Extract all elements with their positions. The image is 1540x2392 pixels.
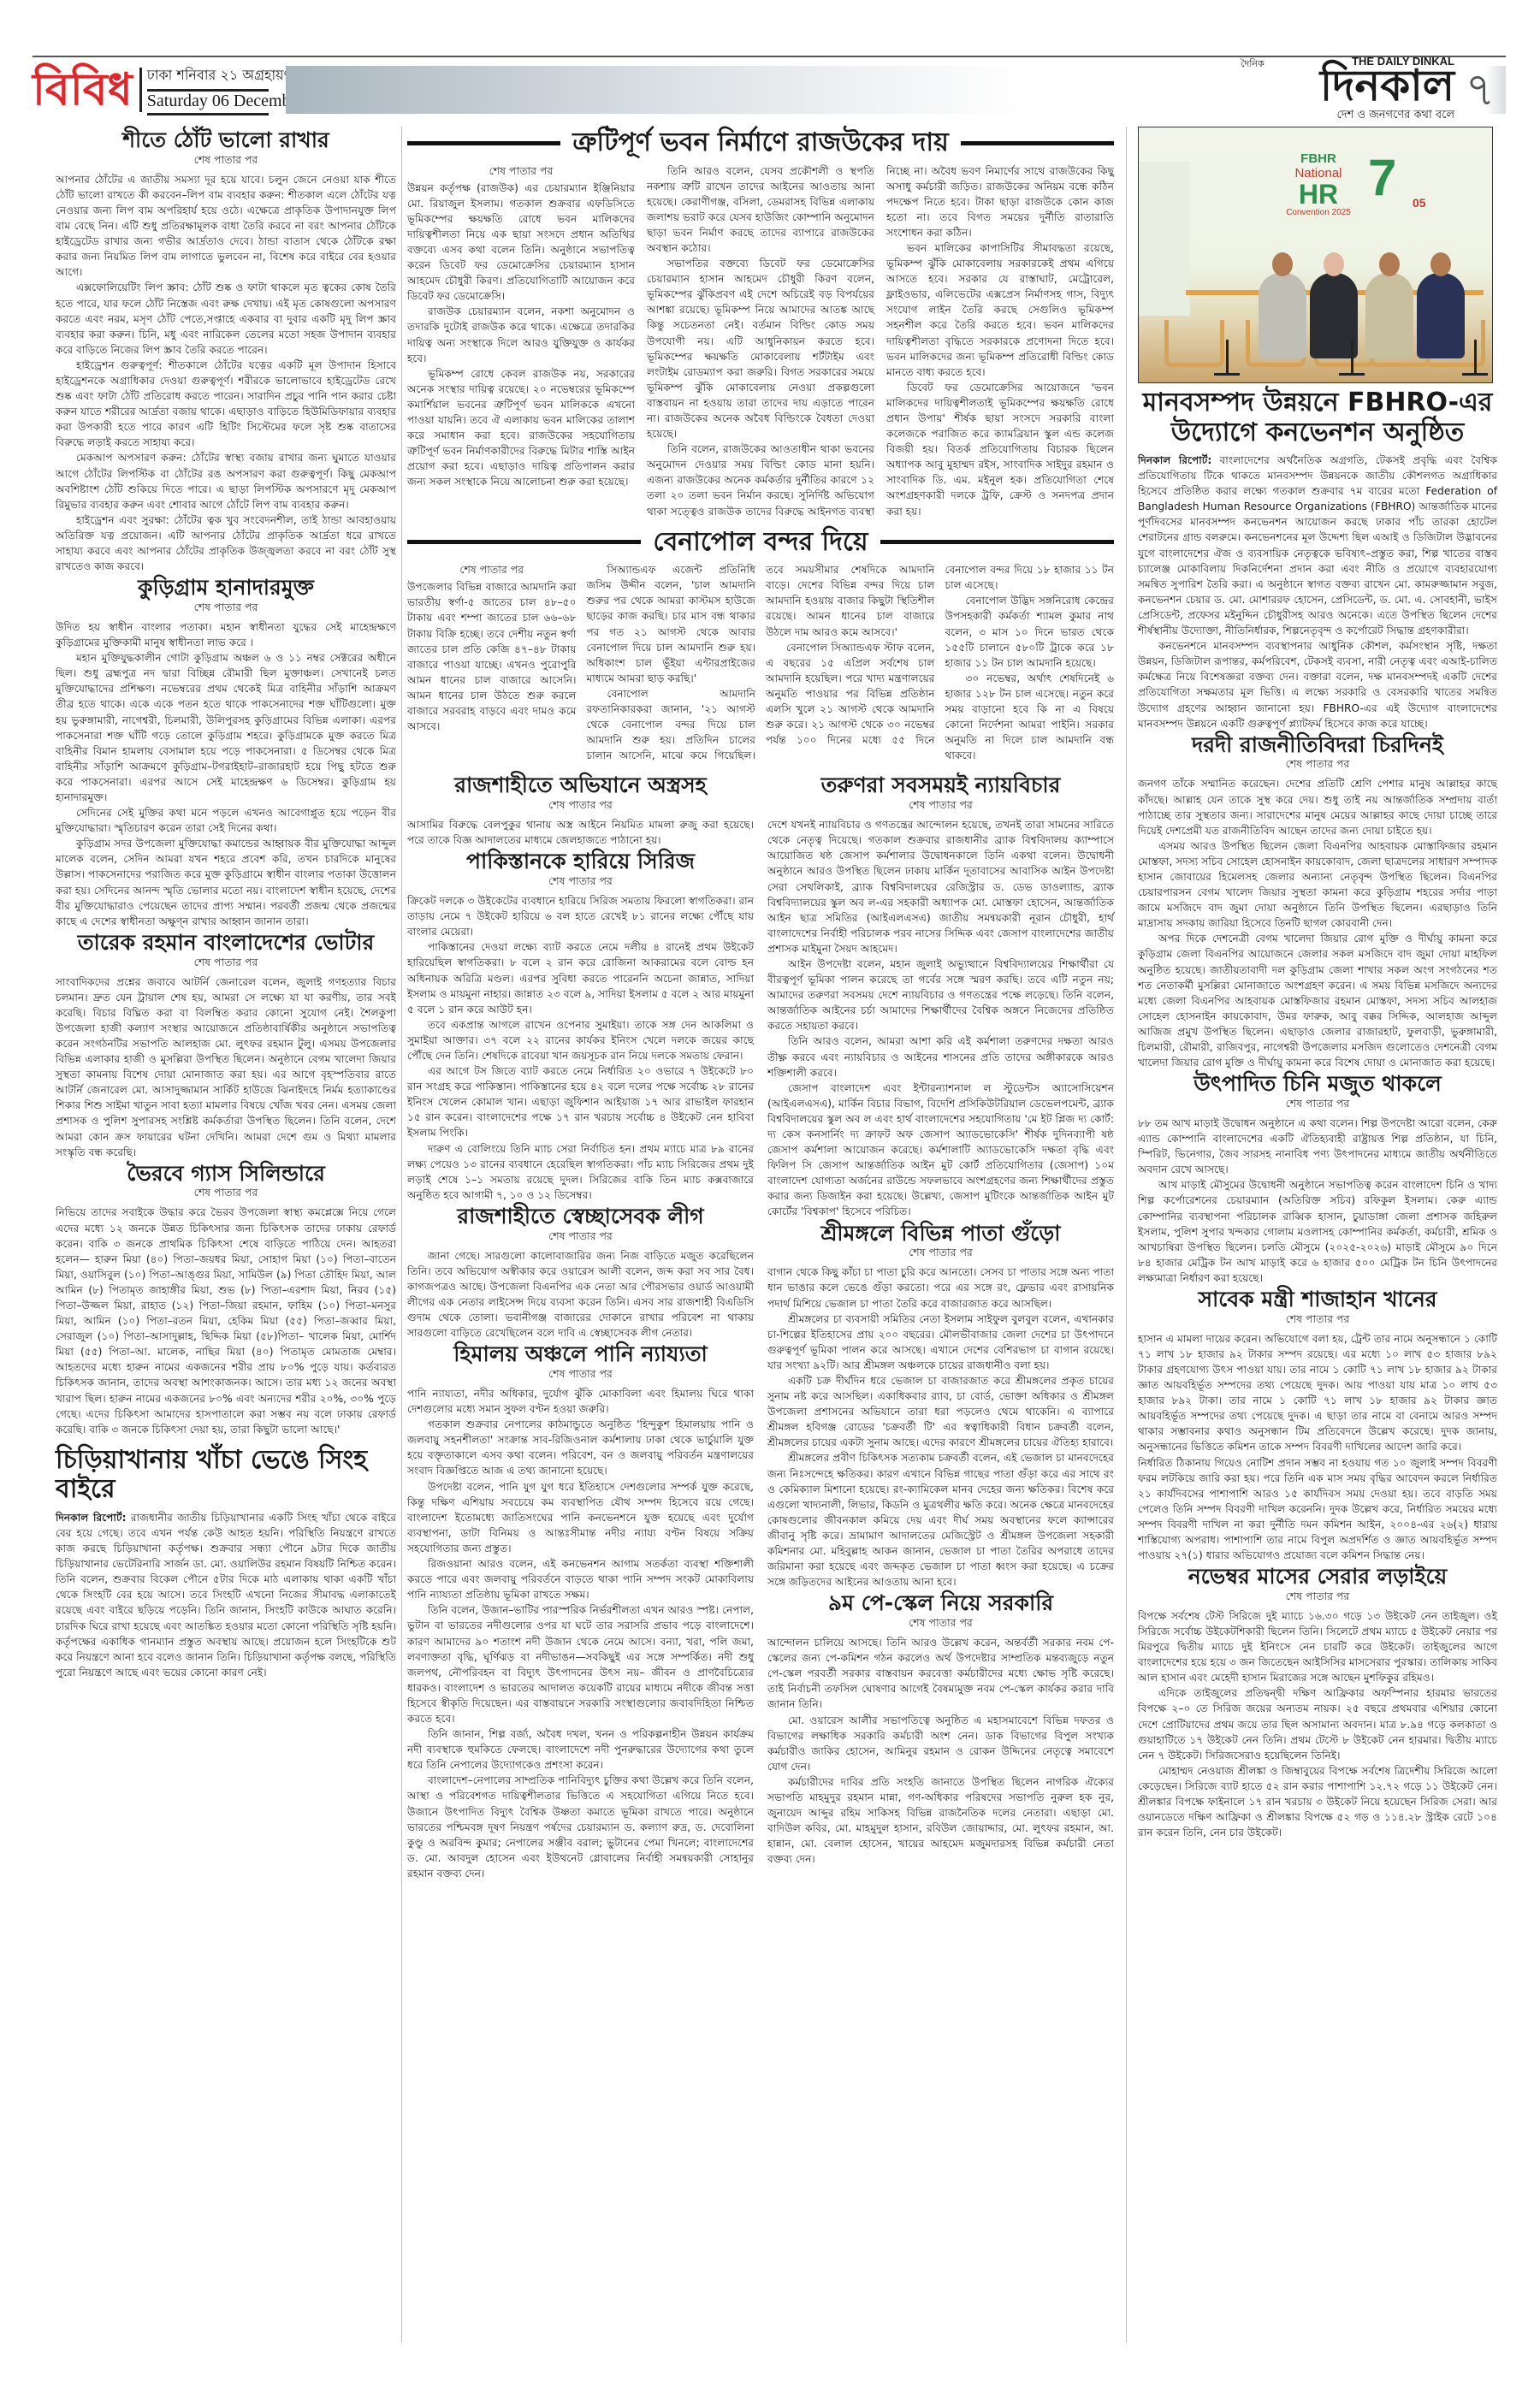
headline[interactable]: শ্রীমঙ্গলে বিভিন্ন পাতা গুঁড়ো [767,1222,1114,1246]
banner-line: Convention 2025 [1267,208,1370,217]
continued-label: শেষ পাতার পর [767,798,1114,815]
paragraph: পাকিস্তানের দেওয়া লক্ষ্যে ব্যাট করতে নে… [407,939,754,1016]
article-zoo: চিড়িয়াখানায় খাঁচা ভেঙে সিংহ বাইরে দিন… [56,1446,396,1680]
convention-banner: FBHR National HR Convention 2025 [1267,151,1370,217]
paragraph: হাইড্রেশন এবং সুরক্ষা: ঠোঁটের ত্বক খুব স… [56,512,396,574]
paragraph: গতকাল শুক্রবার নেপালের কাঠমান্ডুতে অনুষ্… [407,1417,754,1478]
continued-label: শেষ পাতার পর [407,874,754,891]
article-body: জানা গেছে। সারগুলো কালোবাজারির জন্য নিজ … [407,1248,754,1341]
lower-middle-right: তরুণরা সবসময়ই ন্যায়বিচার শেষ পাতার পর … [767,772,1114,1881]
speaker [1259,273,1306,358]
article-fbhro: মানবসম্পদ উন্নয়নে FBHRO-এর উদ্যোগে কনভে… [1138,388,1497,731]
article-benapole: বেনাপোল বন্দর দিয়ে শেষ পাতার পর উপজেলার… [407,528,1114,764]
paragraph: মহান মুক্তিযুদ্ধকালীন গোটা কুড়িগ্রাম অঞ… [56,650,396,805]
paragraph-text: বাংলাদেশের অর্থনৈতিক অগ্রগতি, টেকসই প্রব… [1138,454,1497,636]
paragraph: একটি চক্র দীর্ঘদিন ধরে ভেজাল চা বাজারজাত… [767,1373,1114,1450]
paragraph: নিভিয়ে তাদের সবাইকে উদ্ধার করে ভৈরব উপজ… [56,1205,396,1436]
speaker [1365,273,1413,358]
headline[interactable]: হিমালয় অঞ্চলে পানি ন্যায্যতা [407,1342,754,1367]
article-body: উদিত হয় স্বাধীন বাংলার পতাকা। মহান স্বা… [56,619,396,929]
headline[interactable]: রাজশাহীতে স্বেচ্ছাসেবক লীগ [407,1205,754,1229]
logo-prefix: দৈনিক [1241,56,1265,73]
headline[interactable]: পাকিস্তানকে হারিয়ে সিরিজ [407,850,754,874]
paragraph: অপর দিকে দেশনেত্রী বেগম খালেদা জিয়ার রো… [1138,931,1497,1070]
article-shajahan: সাবেক মন্ত্রী শাজাহান খানের শেষ পাতার পর… [1138,1288,1497,1563]
paragraph: রাজউক চেয়ারম্যান বলেন, নকশা অনুমোদন ও ত… [407,304,635,365]
headline[interactable]: বেনাপোল বন্দর দিয়ে [407,528,1114,558]
paragraph: মোহাম্মদ নেওয়াজ শ্রীলঙ্কা ও জিম্বাবুয়ে… [1138,1763,1497,1840]
paragraph: তিনি আরও বলেন, যেসব প্রকৌশলী ও স্থপতি নক… [647,163,874,257]
date-block: ঢাকা শনিবার ২১ অগ্রহায়ণ ১৪৩২ Saturday 0… [142,64,269,115]
continued-label: শেষ পাতার পর [407,798,754,815]
paragraph: আন্দোলন চালিয়ে আসছে। তিনি আরও উল্লেখ কর… [767,1635,1114,1712]
banner-brand: FBHR [1267,151,1370,166]
headline[interactable]: ৯ম পে-স্কেল নিয়ে সরকারি [767,1591,1114,1616]
logo-name: দিনকাল [1320,64,1454,107]
article-body: দিনকাল রিপোর্ট: বাংলাদেশের অর্থনৈতিক অগ্… [1138,453,1497,731]
side-banner [1139,162,1190,316]
paragraph: বিপক্ষে সর্বশেষ টেস্ট সিরিজে দুই ম্যাচে … [1138,1608,1497,1685]
continued-label: শেষ পাতার পর [56,601,396,618]
paragraph: তবে একপ্রান্ত আগলে রাখেন ওপেনার সুমাইয়া… [407,1017,754,1063]
date-english: Saturday 06 December 2025 [147,92,269,115]
chair [1164,320,1224,367]
article-body: হাসান এ মামলা দায়ের করেন। অভিযোগে বলা হ… [1138,1331,1497,1563]
paragraph: শ্রীমঙ্গলের চা ব্যবসায়ী সমিতির নেতা ইসল… [767,1311,1114,1373]
paragraph: জেসাপ বাংলাদেশ এবং ইন্টারন্যাশনাল ল স্টু… [767,1081,1114,1220]
paragraph: তিনি বলেন, উজান–ভাটির পারস্পরিক নির্ভরশী… [407,1602,754,1726]
headline[interactable]: তরুণরা সবসময়ই ন্যায়বিচার [767,773,1114,798]
continued-label: শেষ পাতার পর [56,956,396,973]
continued-label: শেষ পাতার পর [56,1186,396,1203]
continued-label: শেষ পাতার পর [407,163,635,179]
paragraph: বাগান থেকে কিছু কাঁচা চা পাতা চুরি করে আ… [767,1264,1114,1311]
paragraph: ৩০ নভেম্বর, অর্থাৎ শেষদিনেই ৬ হাজার ১২৮ … [945,671,1115,764]
article-himalaya: হিমালয় অঞ্চলে পানি ন্যায্যতা শেষ পাতার … [407,1342,754,1881]
continued-label: শেষ পাতার পর [1138,1590,1497,1607]
paragraph: কুড়িগ্রাম সদর উপজেলা মুক্তিযোদ্ধা কমান্… [56,836,396,929]
paragraph: ভবন মালিকের কাপাসিটির সীমাবদ্ধতা রয়েছে,… [886,240,1114,380]
continued-label: শেষ পাতার পর [407,1367,754,1384]
paragraph: জনগণ তাঁকে সম্মানিত করেছেন। দেশের প্রতিট… [1138,776,1497,838]
paragraph: সাংবাদিকদের প্রশ্নের জবাবে আটর্নি জেনারে… [56,974,396,1160]
continued-label: শেষ পাতার পর [767,1246,1114,1263]
article-body: শেষ পাতার পর উন্নয়ন কর্তৃপক্ষ (রাজউক) এ… [407,163,1114,519]
article-pakistan: পাকিস্তানকে হারিয়ে সিরিজ শেষ পাতার পর ক… [407,850,754,1203]
paragraph: সেদিনের সেই মুক্তির কথা মনে পড়লে এখনও আ… [56,805,396,836]
paragraph: ক্রিকেট দলকে ৩ উইকেটের ব্যবধানে হারিয়ে … [407,893,754,939]
article-lips: শীতে ঠোঁট ভালো রাখার শেষ পাতার পর আপনার … [56,128,396,574]
headline[interactable]: দরদী রাজনীতিবিদরা চিরদিনই [1138,733,1497,758]
paragraph: দিনকাল রিপোর্ট: বাংলাদেশের অর্থনৈতিক অগ্… [1138,453,1497,638]
article-rajshahi-arms: রাজশাহীতে অভিযানে অস্ত্রসহ শেষ পাতার পর … [407,773,754,848]
paragraph: পানি ন্যায্যতা, নদীর অধিকার, দুর্যোগ ঝুঁ… [407,1386,754,1417]
paragraph: উপদেষ্টা বলেন, পানি যুগ যুগ ধরে ইতিহাসে … [407,1479,754,1556]
paragraph: নির্ধারিত ঠিকানায় গিয়েও নোটিশ প্রদান স… [1138,1455,1497,1564]
continued-label: শেষ পাতার পর [767,1616,1114,1633]
banner-edition: 7 [1368,148,1396,207]
paragraph: শ্রীমঙ্গলের প্রবীণ চিকিৎসক সত্যকাম চক্রব… [767,1450,1114,1590]
paragraph: উদিত হয় স্বাধীন বাংলার পতাকা। মহান স্বা… [56,619,396,650]
headline[interactable]: কুড়িগ্রাম হানাদারমুক্ত [56,576,396,601]
headline[interactable]: নভেম্বর মাসের সেরার লড়াইয়ে [1138,1565,1497,1590]
lower-middle-left: রাজশাহীতে অভিযানে অস্ত্রসহ শেষ পাতার পর … [407,772,754,1881]
headline-text: ত্রুটিপূর্ণ ভবন নির্মাণে রাজউকের দায় [572,128,949,158]
headline[interactable]: শীতে ঠোঁট ভালো রাখার [56,128,396,153]
paragraph: রিজওয়ানা আরও বলেন, এই কনভেনশন আগাম সতর্… [407,1556,754,1602]
continued-label: শেষ পাতার পর [56,153,396,170]
headline[interactable]: রাজশাহীতে অভিযানে অস্ত্রসহ [407,773,754,798]
article-body: ক্রিকেট দলকে ৩ উইকেটের ব্যবধানে হারিয়ে … [407,893,754,1203]
continued-label: শেষ পাতার পর [1138,1312,1497,1329]
news-photo[interactable]: FBHR National HR Convention 2025 7 05 [1138,127,1493,383]
article-body: বাগান থেকে কিছু কাঁচা চা পাতা চুরি করে আ… [767,1264,1114,1590]
paragraph: এর আগে টস জিতে ব্যাট করতে নেমে নির্ধারিত… [407,1063,754,1140]
article-kurigram: কুড়িগ্রাম হানাদারমুক্ত শেষ পাতার পর উদি… [56,576,396,929]
article-rajuk: ত্রুটিপূর্ণ ভবন নির্মাণে রাজউকের দায় শে… [407,128,1114,519]
article-body: ৮৮ তম আখ মাড়াই উদ্বোধন অনুষ্ঠানে এ কথা … [1138,1116,1497,1286]
paragraph: মেকআপ অপসারণ করুন: ঠোঁটের স্বাস্থ্য বজায… [56,450,396,512]
paragraph: কনভেনশনে মানবসম্পদ ব্যবস্থাপনার আধুনিক ক… [1138,638,1497,731]
paragraph: আসামির বিরুদ্ধে বেলপুকুর থানায় অস্ত্র আ… [407,817,754,848]
article-pay-scale: ৯ম পে-স্কেল নিয়ে সরকারি শেষ পাতার পর আন… [767,1591,1114,1867]
article-body: নিভিয়ে তাদের সবাইকে উদ্ধার করে ভৈরব উপজ… [56,1205,396,1436]
side-table [1474,340,1477,376]
paragraph: ডিবেট ফর ডেমোক্রেসির আয়োজনে 'ভবন মালিকদ… [886,380,1114,519]
paragraph: এক্সফোলিয়েটিং লিপ স্ক্রাব: ঠোঁট শুষ্ক ও… [56,280,396,357]
paragraph: আখ মাড়াই মৌসুমের উদ্বোধনী অনুষ্ঠানে সভা… [1138,1177,1497,1286]
paragraph: ভূমিকম্প রোধে কেবল রাজউক নয়, সরকারের অন… [407,366,635,490]
paragraph: আইন উপদেষ্টা বলেন, মহান জুলাই অভ্যুত্থান… [767,956,1114,1033]
headline[interactable]: তারেক রহমান বাংলাদেশের ভোটার [56,931,396,956]
column-divider [401,127,402,2342]
side-table [1351,340,1353,376]
byline: দিনকাল রিপোর্ট: [56,1512,126,1524]
article-body: দিনকাল রিপোর্ট: রাজধানীর জাতীয় চিড়িয়া… [56,1510,396,1680]
header-gradient-bar [286,66,1215,114]
paragraph: কর্মচারীদের দাবির প্রতি সংহতি জানাতে উপস… [767,1774,1114,1868]
headline[interactable]: ত্রুটিপূর্ণ ভবন নির্মাণে রাজউকের দায় [407,128,1114,158]
banner-date: 05 [1413,196,1426,210]
article-volunteer-league: রাজশাহীতে স্বেচ্ছাসেবক লীগ শেষ পাতার পর … [407,1205,754,1341]
lower-middle: রাজশাহীতে অভিযানে অস্ত্রসহ শেষ পাতার পর … [407,772,1114,1881]
paragraph: বেনাপোল উদ্ভিদ সঙ্গনিরোধ কেন্দ্রের উপসহক… [945,593,1115,670]
paragraph: এদিকে তাইজুলের প্রতিদ্বন্দ্বী দক্ষিণ আফ্… [1138,1685,1497,1762]
article-bhairab: ভৈরবে গ্যাস সিলিন্ডারে শেষ পাতার পর নিভি… [56,1162,396,1437]
article-politicians: দরদী রাজনীতিবিদরা চিরদিনই শেষ পাতার পর জ… [1138,733,1497,1071]
section-title: বিবিধ [33,68,142,112]
paragraph: উন্নয়ন কর্তৃপক্ষ (রাজউক) এর চেয়ারম্যান… [407,181,635,305]
headline[interactable]: মানবসম্পদ উন্নয়নে FBHRO-এর উদ্যোগে কনভে… [1138,388,1497,447]
article-body: আন্দোলন চালিয়ে আসছে। তিনি আরও উল্লেখ কর… [767,1635,1114,1867]
paragraph: দেশে যখনই ন্যায়বিচার ও গণতন্ত্রের আন্দো… [767,817,1114,956]
article-body: আসামির বিরুদ্ধে বেলপুকুর থানায় অস্ত্র আ… [407,817,754,848]
headline[interactable]: সাবেক মন্ত্রী শাজাহান খানের [1138,1288,1497,1312]
paragraph: সিঅ্যান্ডএফ এজেন্ট প্রতিনিধি জসিম উদ্দীন… [587,562,756,686]
paragraph: হাসান এ মামলা দায়ের করেন। অভিযোগে বলা হ… [1138,1331,1497,1455]
headline[interactable]: উৎপাদিত চিনি মজুত থাকলে [1138,1072,1497,1097]
article-body: বিপক্ষে সর্বশেষ টেস্ট সিরিজে দুই ম্যাচে … [1138,1608,1497,1840]
article-body: পানি ন্যায্যতা, নদীর অধিকার, দুর্যোগ ঝুঁ… [407,1386,754,1881]
paragraph: ৮৮ তম আখ মাড়াই উদ্বোধন অনুষ্ঠানে এ কথা … [1138,1116,1497,1177]
paragraph: দিনকাল রিপোর্ট: রাজধানীর জাতীয় চিড়িয়া… [56,1510,396,1680]
paragraph: তিনি আরও বলেন, আমরা আশা করি এই কর্মশালা … [767,1033,1114,1080]
left-column: শীতে ঠোঁট ভালো রাখার শেষ পাতার পর আপনার … [56,127,396,1680]
byline: দিনকাল রিপোর্ট: [1138,454,1211,466]
article-sreemangal: শ্রীমঙ্গলে বিভিন্ন পাতা গুঁড়ো শেষ পাতার… [767,1222,1114,1590]
article-youth-justice: তরুণরা সবসময়ই ন্যায়বিচার শেষ পাতার পর … [767,773,1114,1219]
article-november: নভেম্বর মাসের সেরার লড়াইয়ে শেষ পাতার প… [1138,1565,1497,1840]
paragraph: উপজেলার বিভিন্ন বাজারে আমদানি করা ভারতীয… [407,579,577,734]
speaker [1417,273,1465,358]
continued-label: শেষ পাতার পর [1138,1097,1497,1114]
continued-label: শেষ পাতার পর [1138,757,1497,774]
date-bengali: ঢাকা শনিবার ২১ অগ্রহায়ণ ১৪৩২ [147,64,269,92]
right-column: FBHR National HR Convention 2025 7 05 মা… [1138,127,1497,1840]
logo-tagline: দেশ ও জনগণের কথা বলে [1337,107,1454,125]
paragraph: হাইড্রেশন গুরুত্বপূর্ণ: শীতকালে ঠোঁটের য… [56,358,396,451]
article-body: শেষ পাতার পর উপজেলার বিভিন্ন বাজারে আমদা… [407,562,1114,763]
paragraph: সভাপতির বক্তব্যে ডিবেট ফর ডেমোক্রেসির চে… [647,256,874,441]
column-divider [1126,127,1127,2342]
paragraph: এসময় আরও উপস্থিত ছিলেন জেলা বিএনপির আহব… [1138,838,1497,932]
paragraph: বাংলাদেশ–নেপালের সাম্প্রতিক পানিবিদ্যুৎ … [407,1773,754,1881]
middle-column: ত্রুটিপূর্ণ ভবন নির্মাণে রাজউকের দায় শে… [407,127,1114,1881]
paragraph: দারুণ এ বোলিংয়ে তিনি ম্যাচ সেরা নির্বাচ… [407,1141,754,1203]
paragraph: তিনি জানান, শিল্প বর্জ্য, অবৈধ দখল, খনন … [407,1726,754,1773]
banner-line: HR [1267,181,1370,208]
paragraph: আপনার ঠোঁটের এ জাতীয় সমস্যা দূর হয়ে যা… [56,172,396,281]
article-body: জনগণ তাঁকে সম্মানিত করেছেন। দেশের প্রতিট… [1138,776,1497,1070]
masthead: বিবিধ ঢাকা শনিবার ২১ অগ্রহায়ণ ১৪৩২ Satu… [33,62,1506,118]
headline[interactable]: ভৈরবে গ্যাস সিলিন্ডারে [56,1162,396,1187]
continued-label: শেষ পাতার পর [407,1229,754,1246]
headline-text: বেনাপোল বন্দর দিয়ে [653,528,868,558]
article-tarek: তারেক রহমান বাংলাদেশের ভোটার শেষ পাতার প… [56,931,396,1160]
article-body: আপনার ঠোঁটের এ জাতীয় সমস্যা দূর হয়ে যা… [56,172,396,574]
paragraph-text: রাজধানীর জাতীয় চিড়িয়াখানার একটি সিংহ … [56,1512,396,1679]
page-number: ৭ [1454,66,1506,114]
article-body: দেশে যখনই ন্যায়বিচার ও গণতন্ত্রের আন্দো… [767,817,1114,1219]
side-table [1226,340,1229,376]
article-body: সাংবাদিকদের প্রশ্নের জবাবে আটর্নি জেনারে… [56,974,396,1160]
article-sugar: উৎপাদিত চিনি মজুত থাকলে শেষ পাতার পর ৮৮ … [1138,1072,1497,1286]
continued-label: শেষ পাতার পর [407,562,577,577]
paragraph: জানা গেছে। সারগুলো কালোবাজারির জন্য নিজ … [407,1248,754,1341]
headline[interactable]: চিড়িয়াখানায় খাঁচা ভেঙে সিংহ বাইরে [56,1446,396,1505]
paragraph: মো. ওয়ারেস আলীর সভাপতিত্বে অনুষ্ঠিত এ ম… [767,1713,1114,1774]
newspaper-logo: দৈনিক THE DAILY DINKAL দিনকাল দেশ ও জনগণ… [1215,55,1454,125]
